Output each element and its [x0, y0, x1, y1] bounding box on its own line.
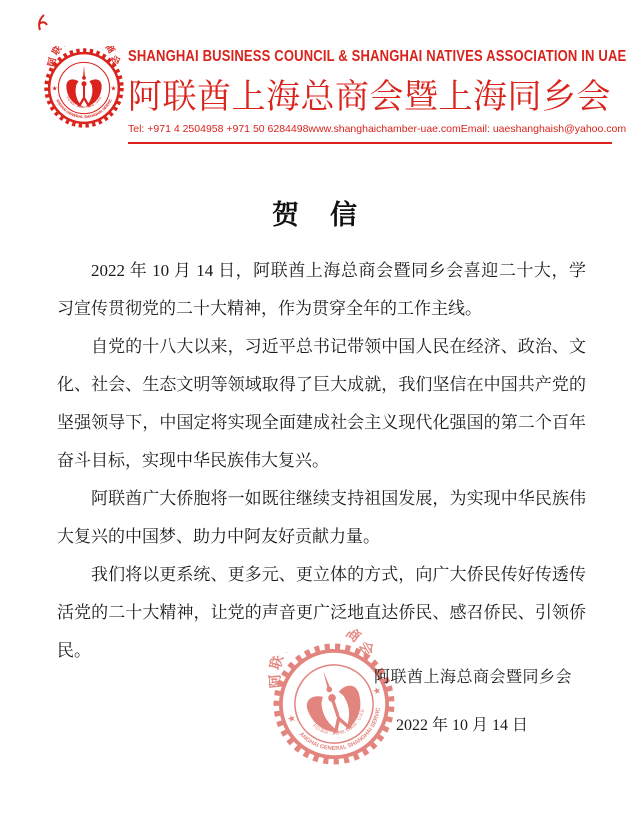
stray-stamp-mark-icon	[36, 13, 49, 32]
paragraph: 2022 年 10 月 14 日，阿联酋上海总商会暨同乡会喜迎二十大，学习宣传贯…	[57, 252, 586, 328]
signature-date: 2022 年 10 月 14 日	[396, 712, 528, 735]
signature-org-name: 阿联酋上海总商会暨同乡会	[374, 664, 572, 687]
letter-body: 2022 年 10 月 14 日，阿联酋上海总商会暨同乡会喜迎二十大，学习宣传贯…	[57, 252, 586, 670]
website-text: www.shanghaichamber-uae.com	[308, 123, 460, 135]
star-icon: ★	[52, 86, 58, 93]
letterhead: SHANGHAI BUSINESS COUNCIL & SHANGHAI NAT…	[128, 48, 612, 144]
org-name-english: SHANGHAI BUSINESS COUNCIL & SHANGHAI NAT…	[128, 48, 535, 66]
email-text: Email: uaeshanghaish@yahoo.com	[461, 123, 626, 135]
org-name-chinese: 阿联酋上海总商会暨上海同乡会	[128, 69, 612, 118]
tel-text: Tel: +971 4 2504958 +971 50 6284498	[128, 123, 308, 135]
association-seal-icon: 阿联酋上海总商会 SHANGHAI GENERAL SHANGHAI SERVI…	[42, 46, 126, 130]
contact-row: Tel: +971 4 2504958 +971 50 6284498 www.…	[128, 123, 612, 144]
letter-title: 贺 信	[0, 193, 631, 232]
star-icon: ★	[111, 86, 117, 93]
paragraph: 阿联酋广大侨胞将一如既往继续支持祖国发展，为实现中华民族伟大复兴的中国梦、助力中…	[57, 480, 586, 556]
letter-page: 阿联酋上海总商会 SHANGHAI GENERAL SHANGHAI SERVI…	[0, 0, 631, 836]
paragraph: 自党的十八大以来，习近平总书记带领中国人民在经济、政治、文化、社会、生态文明等领…	[57, 328, 586, 480]
